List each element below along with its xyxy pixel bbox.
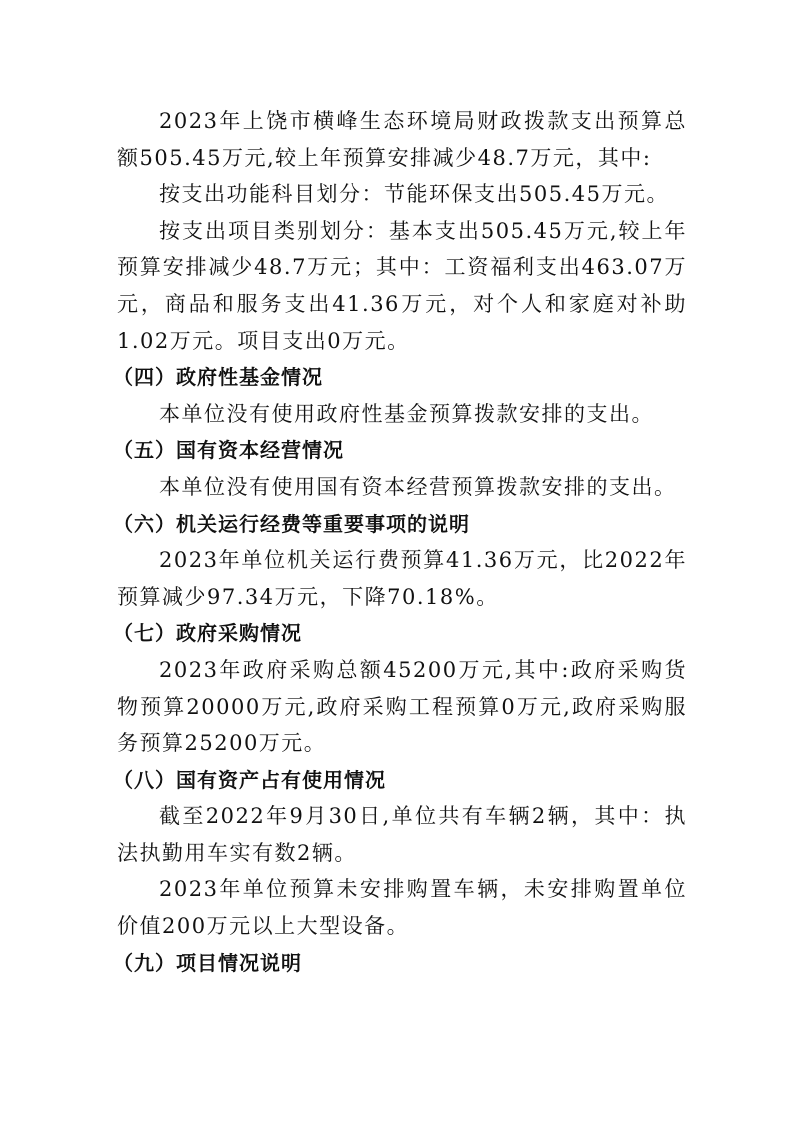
paragraph-project-classification: 按支出项目类别划分：基本支出505.45万元,较上年预算安排减少48.7万元；其…	[117, 213, 687, 359]
paragraph-procurement: 2023年政府采购总额45200万元,其中:政府采购货物预算20000万元,政府…	[117, 652, 687, 762]
paragraph-equipment: 2023年单位预算未安排购置车辆，未安排购置单位价值200万元以上大型设备。	[117, 871, 687, 944]
heading-operating-expenses: （六）机关运行经费等重要事项的说明	[113, 506, 687, 543]
heading-government-fund: （四）政府性基金情况	[113, 359, 687, 396]
paragraph-operating-expenses: 2023年单位机关运行费预算41.36万元，比2022年预算减少97.34万元，…	[117, 542, 687, 615]
heading-state-capital: （五）国有资本经营情况	[113, 432, 687, 469]
document-page: 2023年上饶市横峰生态环境局财政拨款支出预算总额505.45万元,较上年预算安…	[117, 103, 687, 981]
paragraph-state-capital: 本单位没有使用国有资本经营预算拨款安排的支出。	[117, 469, 687, 506]
heading-state-assets: （八）国有资产占有使用情况	[113, 762, 687, 799]
paragraph-government-fund: 本单位没有使用政府性基金预算拨款安排的支出。	[117, 396, 687, 433]
paragraph-functional-classification: 按支出功能科目划分：节能环保支出505.45万元。	[117, 176, 687, 213]
paragraph-vehicles: 截至2022年9月30日,单位共有车辆2辆，其中：执法执勤用车实有数2辆。	[117, 798, 687, 871]
paragraph-budget-total: 2023年上饶市横峰生态环境局财政拨款支出预算总额505.45万元,较上年预算安…	[117, 103, 687, 176]
heading-project-description: （九）项目情况说明	[113, 945, 687, 982]
heading-procurement: （七）政府采购情况	[113, 615, 687, 652]
